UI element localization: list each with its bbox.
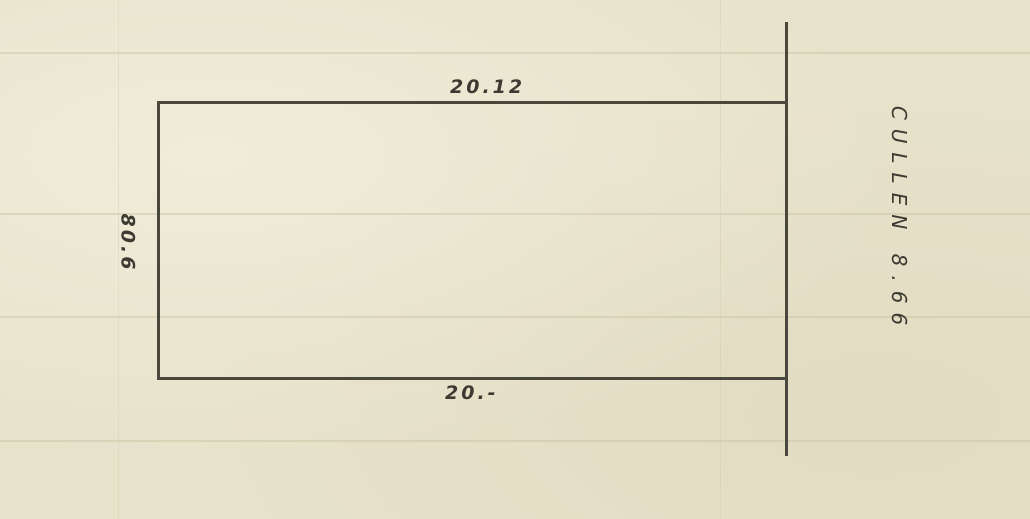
street-name-label: CULLEN 8.66 bbox=[887, 106, 911, 334]
lot-north-boundary bbox=[157, 101, 787, 104]
lot-south-boundary bbox=[157, 377, 787, 380]
ruled-line bbox=[0, 52, 1030, 54]
south-side-dimension: 20.- bbox=[445, 382, 499, 404]
west-side-dimension: 80.6 bbox=[116, 214, 138, 273]
ruled-line bbox=[0, 213, 1030, 215]
north-side-dimension: 20.12 bbox=[450, 76, 525, 98]
ruled-line bbox=[0, 316, 1030, 318]
ruled-line-vertical bbox=[720, 0, 721, 519]
lot-west-boundary bbox=[157, 101, 160, 380]
street-line bbox=[785, 22, 788, 456]
ruled-line bbox=[0, 440, 1030, 442]
